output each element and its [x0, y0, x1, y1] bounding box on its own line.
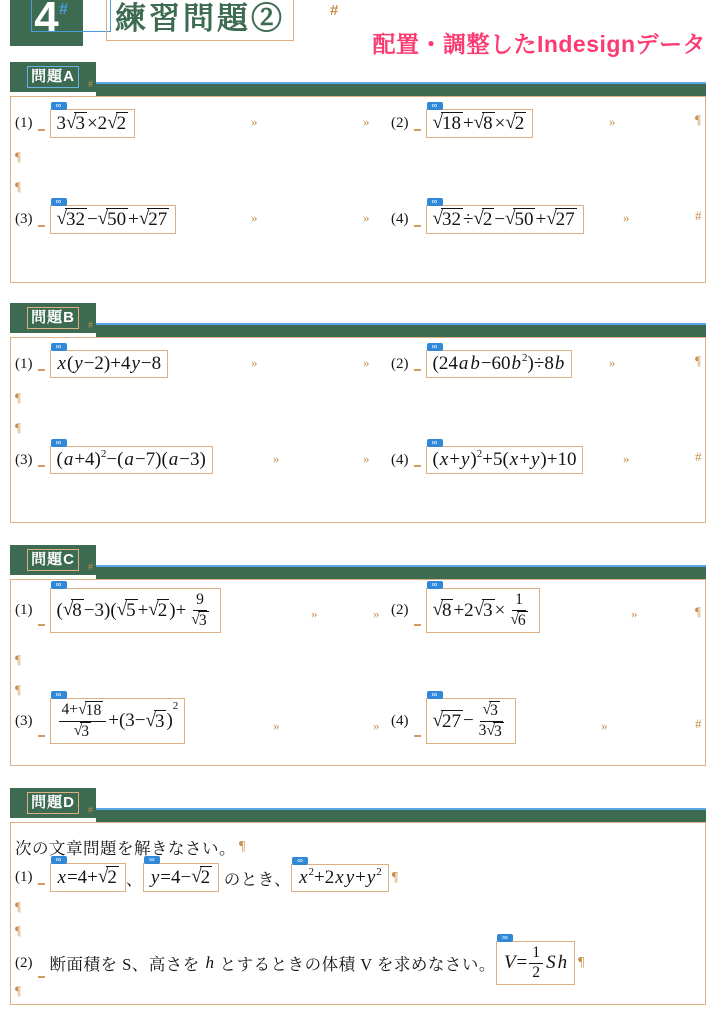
title-end-marker: #: [330, 2, 338, 19]
hidden-char-marker: [414, 465, 421, 467]
pilcrow-marker: ¶: [15, 652, 21, 668]
equation: x2+2xy+y2: [298, 867, 382, 889]
section-b-tab[interactable]: 問題B #: [10, 303, 96, 333]
pilcrow-marker: ¶: [392, 870, 398, 886]
equation: (a+4)2−(a−7)(a−3): [57, 449, 206, 471]
section-b-tab-label: 問題B: [27, 307, 79, 329]
equation: √27−√33√3: [433, 701, 509, 741]
hidden-char-marker: [38, 624, 45, 626]
pilcrow-marker: ¶: [695, 604, 701, 620]
equation: 4+√18√3+(3−√3)2: [57, 701, 179, 741]
anchored-object-badge-icon: ∞: [51, 581, 67, 589]
anchored-object-badge-icon: ∞: [427, 343, 443, 351]
problem-b3: (3) ∞ (a+4)2−(a−7)(a−3): [15, 446, 213, 474]
tab-marker: »: [601, 718, 608, 734]
section-d-tab-label: 問題D: [27, 792, 79, 814]
problem-c1: (1) ∞ (√8−3)(√5+√2)+9√3: [15, 588, 221, 633]
section-c-rule-bar: [96, 565, 706, 579]
pilcrow-marker: ¶: [15, 390, 21, 406]
hidden-char-marker: [38, 129, 45, 131]
equation-frame[interactable]: ∞ √32÷√2−√50+√27: [426, 205, 584, 234]
problem-b1: (1) ∞ x(y−2)+4y−8: [15, 350, 168, 378]
tab-marker: »: [363, 355, 370, 371]
tab-marker: »: [251, 114, 258, 130]
pilcrow-marker: ¶: [15, 899, 21, 915]
page-title[interactable]: 練習問題②: [106, 0, 294, 41]
problem-number: (4): [391, 452, 409, 469]
equation-frame[interactable]: ∞ √8+2√3×1√6: [426, 588, 540, 633]
pilcrow-marker: ¶: [239, 839, 245, 855]
tab-marker: »: [251, 355, 258, 371]
equation: √8+2√3×1√6: [433, 591, 533, 630]
problem-number: (1): [15, 602, 33, 619]
section-c-frame[interactable]: (1) ∞ (√8−3)(√5+√2)+9√3 » » (2) ∞ √8+2√3…: [10, 579, 706, 766]
story-end-marker: #: [695, 449, 702, 465]
section-c-tab-label: 問題C: [27, 549, 79, 571]
tab-marker: »: [623, 210, 630, 226]
problem-number: (2): [391, 602, 409, 619]
equation: x=4+√2: [57, 866, 119, 889]
problem-number: (3): [15, 713, 33, 730]
tab-marker: »: [273, 451, 280, 467]
indesign-page: 4 # 練習問題② # 配置・調整したIndesignデータ 問題A # (1)…: [0, 0, 722, 1024]
equation-frame[interactable]: ∞ (a+4)2−(a−7)(a−3): [50, 446, 213, 474]
section-d-tab[interactable]: 問題D #: [10, 788, 96, 818]
unit-end-marker: #: [59, 1, 68, 19]
anchored-object-badge-icon: ∞: [51, 691, 67, 699]
problem-a3: (3) ∞ √32−√50+√27: [15, 205, 176, 234]
problem-number: (3): [15, 211, 33, 228]
section-b-tab-end-marker: #: [88, 320, 93, 330]
section-d-intro: 次の文章問題を解きなさい。 ¶: [15, 835, 245, 859]
tab-marker: »: [273, 718, 280, 734]
problem-number: (4): [391, 713, 409, 730]
section-a-rule-bar: [96, 82, 706, 96]
equation: (24ab−60b2)÷8b: [433, 353, 566, 375]
equation-frame[interactable]: ∞ √18+√8×√2: [426, 109, 534, 138]
problem-number: (3): [15, 452, 33, 469]
hidden-char-marker: [38, 465, 45, 467]
separator-text: のとき、: [219, 866, 291, 890]
anchored-object-badge-icon: ∞: [497, 934, 513, 942]
problem-d2: (2) 断面積を S、高さを h とするときの体積 V を求めなさい。 ∞ V=…: [15, 941, 584, 985]
section-d-frame[interactable]: 次の文章問題を解きなさい。 ¶ (1) ∞ x=4+√2 、 ∞ y=4−√2 …: [10, 822, 706, 1005]
problem-b2: (2) ∞ (24ab−60b2)÷8b: [391, 350, 572, 378]
problem-b4: (4) ∞ (x+y)2+5(x+y)+10: [391, 446, 583, 474]
hidden-char-marker: [38, 976, 45, 978]
section-a-tab-end-marker: #: [88, 79, 93, 89]
tab-marker: »: [609, 355, 616, 371]
anchored-object-badge-icon: ∞: [51, 343, 67, 351]
equation-frame[interactable]: ∞ x=4+√2: [50, 863, 126, 892]
pilcrow-marker: ¶: [15, 682, 21, 698]
anchored-object-badge-icon: ∞: [51, 198, 67, 206]
equation-frame[interactable]: ∞ (24ab−60b2)÷8b: [426, 350, 573, 378]
anchored-object-badge-icon: ∞: [427, 102, 443, 110]
equation-frame[interactable]: ∞ √32−√50+√27: [50, 205, 177, 234]
section-c-tab-end-marker: #: [88, 562, 93, 572]
problem-number: (2): [391, 115, 409, 132]
hidden-char-marker: [414, 369, 421, 371]
tab-marker: »: [251, 210, 258, 226]
page-title-text: 練習問題②: [115, 1, 285, 36]
hidden-char-marker: [414, 624, 421, 626]
hidden-char-marker: [38, 369, 45, 371]
problem-a2: (2) ∞ √18+√8×√2: [391, 109, 533, 138]
equation: √32÷√2−√50+√27: [433, 208, 577, 231]
section-b-frame[interactable]: (1) ∞ x(y−2)+4y−8 » » (2) ∞ (24ab−60b2)÷…: [10, 337, 706, 523]
pilcrow-marker: ¶: [15, 420, 21, 436]
equation: √18+√8×√2: [433, 112, 527, 135]
separator-text: 、: [126, 866, 143, 890]
pilcrow-marker: ¶: [15, 149, 21, 165]
equation: x(y−2)+4y−8: [57, 353, 162, 375]
pilcrow-marker: ¶: [15, 179, 21, 195]
equation: √32−√50+√27: [57, 208, 170, 231]
problem-number: (2): [15, 955, 33, 972]
problem-number: (4): [391, 211, 409, 228]
hidden-char-marker: [38, 883, 45, 885]
anchored-object-badge-icon: ∞: [292, 857, 308, 865]
tab-marker: »: [609, 114, 616, 130]
pilcrow-marker: ¶: [15, 923, 21, 939]
section-a-tab[interactable]: 問題A #: [10, 62, 96, 92]
equation-frame[interactable]: ∞ √27−√33√3: [426, 698, 516, 744]
tab-marker: »: [631, 606, 638, 622]
equation-frame[interactable]: ∞ x(y−2)+4y−8: [50, 350, 169, 378]
unit-selection-frame: [31, 0, 111, 32]
problem-c3: (3) ∞ 4+√18√3+(3−√3)2: [15, 698, 185, 744]
equation-frame[interactable]: ∞ (√8−3)(√5+√2)+9√3: [50, 588, 221, 633]
problem-number: (1): [15, 356, 33, 373]
equation-frame[interactable]: ∞ y=4−√2: [143, 863, 219, 892]
tab-marker: »: [373, 606, 380, 622]
tab-marker: »: [363, 210, 370, 226]
pilcrow-marker: ¶: [695, 353, 701, 369]
hidden-char-marker: [414, 225, 421, 227]
pilcrow-marker: ¶: [578, 955, 584, 971]
problem-number: (1): [15, 115, 33, 132]
anchored-object-badge-icon: ∞: [427, 691, 443, 699]
equation: (x+y)2+5(x+y)+10: [433, 449, 577, 471]
hidden-char-marker: [38, 735, 45, 737]
section-a-tab-label: 問題A: [27, 66, 79, 88]
equation: (√8−3)(√5+√2)+9√3: [57, 591, 214, 630]
equation: V=12Sh: [503, 944, 568, 982]
anchored-object-badge-icon: ∞: [51, 856, 67, 864]
problem-c2: (2) ∞ √8+2√3×1√6: [391, 588, 540, 633]
problem-d1: (1) ∞ x=4+√2 、 ∞ y=4−√2 のとき、 ∞ x2+2xy+y2…: [15, 863, 398, 892]
annotation-text: 配置・調整したIndesignデータ: [372, 26, 706, 59]
section-d-rule-bar: [96, 808, 706, 822]
problem-number: (2): [391, 356, 409, 373]
anchored-object-badge-icon: ∞: [427, 439, 443, 447]
problem-a1: (1) ∞ 3√3×2√2: [15, 109, 135, 138]
tab-marker: »: [363, 114, 370, 130]
tab-marker: »: [373, 718, 380, 734]
section-c-tab[interactable]: 問題C #: [10, 545, 96, 575]
equation: 3√3×2√2: [57, 112, 129, 135]
problem-number: (1): [15, 869, 33, 886]
problem-c4: (4) ∞ √27−√33√3: [391, 698, 516, 744]
variable-h: h: [204, 953, 215, 973]
problem-a4: (4) ∞ √32÷√2−√50+√27: [391, 205, 584, 234]
story-end-marker: #: [695, 208, 702, 224]
section-a-frame[interactable]: (1) ∞ 3√3×2√2 » » (2) ∞ √18+√8×√2 » ¶ ¶ …: [10, 96, 706, 283]
tab-marker: »: [623, 451, 630, 467]
equation-frame[interactable]: ∞ 4+√18√3+(3−√3)2: [50, 698, 186, 744]
hidden-char-marker: [414, 129, 421, 131]
hidden-char-marker: [414, 735, 421, 737]
pilcrow-marker: ¶: [695, 112, 701, 128]
equation-frame[interactable]: ∞ 3√3×2√2: [50, 109, 136, 138]
anchored-object-badge-icon: ∞: [51, 439, 67, 447]
equation-frame[interactable]: ∞ x2+2xy+y2: [291, 864, 389, 892]
section-b-rule-bar: [96, 323, 706, 337]
equation: y=4−√2: [150, 866, 212, 889]
anchored-object-badge-icon: ∞: [427, 198, 443, 206]
problem-text: 断面積を S、高さを: [50, 951, 205, 975]
equation-frame[interactable]: ∞ V=12Sh: [496, 941, 575, 985]
anchored-object-badge-icon: ∞: [427, 581, 443, 589]
problem-text: とするときの体積 V を求めなさい。: [215, 951, 496, 975]
section-d-tab-end-marker: #: [88, 805, 93, 815]
tab-marker: »: [311, 606, 318, 622]
pilcrow-marker: ¶: [15, 983, 21, 999]
intro-text: 次の文章問題を解きなさい。: [15, 835, 236, 859]
tab-marker: »: [363, 451, 370, 467]
equation-frame[interactable]: ∞ (x+y)2+5(x+y)+10: [426, 446, 584, 474]
hidden-char-marker: [38, 225, 45, 227]
story-end-marker: #: [695, 716, 702, 732]
anchored-object-badge-icon: ∞: [144, 856, 160, 864]
anchored-object-badge-icon: ∞: [51, 102, 67, 110]
